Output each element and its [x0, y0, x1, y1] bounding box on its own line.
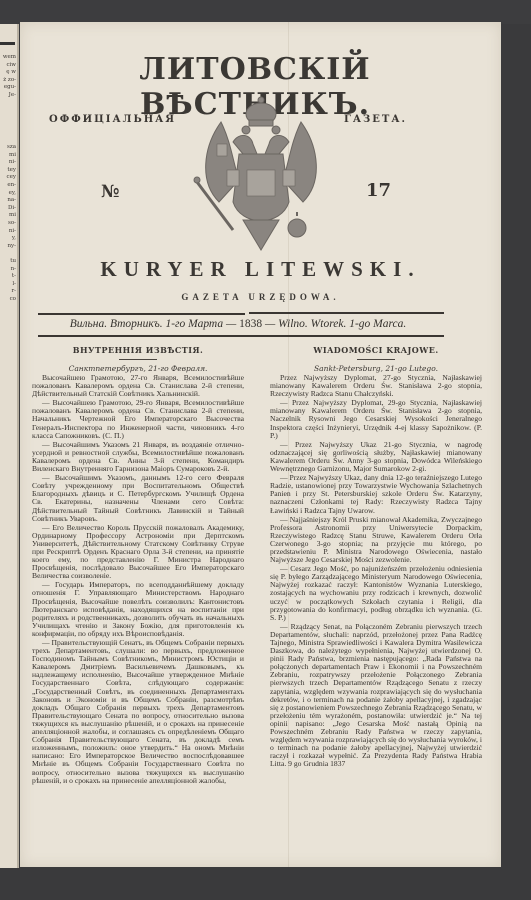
dateline-polish: — Wilno. Wtorek. 1-go Marca. — [265, 318, 406, 330]
article-paragraph: — Правительствующій Сенатъ, въ Общемъ Со… — [32, 639, 244, 785]
section-heading-russian: ВНУТРЕННІЯ ИЗВѢСТІЯ. — [32, 345, 244, 355]
article-paragraph: — Высочайшимъ Указомъ, даннымъ 12-го сег… — [32, 474, 244, 523]
article-paragraph: — Najjaśniejszy Król Pruski mianował Aka… — [270, 516, 482, 565]
scan-background-top — [0, 0, 531, 24]
adjacent-page-text-middle: sza mi ni- tey cey en- ey, na- Di- mi so… — [7, 144, 16, 303]
masthead-title-polish: KURYER LITEWSKI. — [20, 257, 501, 282]
newspaper-page: ЛИТОВСКІЙ ВѢСТНИКЪ. ОФФИЦІАЛЬНАЯ ГАЗЕТА. — [20, 22, 501, 867]
masthead-subtitle-polish: GAZETA URZĘDOWA. — [20, 292, 501, 302]
dateline-place-polish: Sankt-Petersburg, 21-go Lutego. — [270, 364, 482, 373]
column-russian: ВНУТРЕННІЯ ИЗВѢСТІЯ. Санктпетербургъ, 21… — [32, 345, 244, 786]
issue-number-label: № — [101, 182, 119, 202]
section-heading-rule — [119, 359, 157, 360]
adjacent-page-edge: wem ciw ę w ż zo- egu- Je- sza mi ni- te… — [0, 24, 19, 870]
section-heading-rule — [357, 359, 395, 360]
section-heading-polish: WIADOMOŚCI KRAJOWE. — [270, 345, 482, 355]
scan-background-bottom — [0, 868, 531, 900]
dateline-place-russian: Санктпетербургъ, 21-го Февраля. — [32, 364, 244, 373]
article-paragraph: Przez Najwyższy Dyplomat, 27-go Stycznia… — [270, 374, 482, 398]
article-paragraph: — Przez Najwyższy Ukaz 21-go Stycznia, w… — [270, 441, 482, 473]
article-paragraph: — Высочайшимъ Указомъ 21 Января, въ возд… — [32, 441, 244, 473]
masthead-subtitle-left: ОФФИЦІАЛЬНАЯ — [49, 114, 176, 125]
article-paragraph: — Его Величество Король Прусскій пожалов… — [32, 524, 244, 581]
article-paragraph: — Przez Najwyższy Dyplomat, 29-go Styczn… — [270, 399, 482, 439]
article-paragraph: — Государь Императоръ, по всеподданнѣйше… — [32, 581, 244, 638]
double-headed-eagle-emblem-icon — [181, 92, 341, 252]
article-paragraph: — Rządzący Senat, na Połączoném Zebraniu… — [270, 623, 482, 769]
dateline-top-rule-left — [38, 313, 245, 315]
dateline: Вильна. Вторникъ. 1-го Марта — 1838 — Wi… — [38, 318, 438, 330]
dateline-top-rule-right — [249, 312, 444, 314]
dateline-bottom-rule — [38, 335, 444, 337]
issue-number: 17 — [366, 180, 391, 201]
dateline-year: 1838 — [239, 318, 262, 330]
dateline-russian: Вильна. Вторникъ. 1-го Марта — — [70, 318, 237, 330]
article-paragraph: Высочайшею Грамотою, 27-го Января, Всеми… — [32, 374, 244, 398]
article-paragraph: — Przez Najwyższy Ukaz, dany dnia 12-go … — [270, 474, 482, 514]
article-paragraph: — Высочайшею Грамотою, 29-го Января, Все… — [32, 399, 244, 439]
adjacent-page-text-top: wem ciw ę w ż zo- egu- Je- — [3, 54, 16, 100]
column-polish: WIADOMOŚCI KRAJOWE. Sankt-Petersburg, 21… — [270, 345, 482, 770]
adjacent-page-rule — [0, 42, 15, 45]
masthead-subtitle-right: ГАЗЕТА. — [344, 114, 407, 125]
article-paragraph: — Cesarz Jego Mość, po najuniżeńszém prz… — [270, 565, 482, 622]
